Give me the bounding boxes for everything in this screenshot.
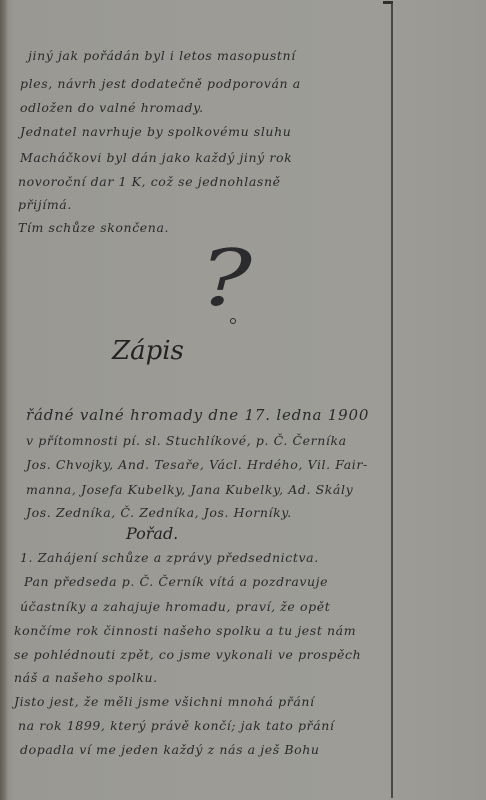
agenda-line: účastníky a zahajuje hromadu, praví, že … — [20, 599, 330, 614]
document-title: Zápis — [112, 336, 184, 366]
separator-dot — [230, 318, 236, 324]
closing-line: Tím schůze skončena. — [18, 220, 169, 235]
agenda-line: náš a našeho spolku. — [14, 670, 158, 685]
header-line: Jos. Chvojky, And. Tesaře, Václ. Hrdého,… — [26, 457, 368, 472]
agenda-line: Pan předseda p. Č. Černík vítá a pozdrav… — [24, 574, 328, 589]
text-line: odložen do valné hromady. — [20, 100, 204, 115]
header-line: Jos. Zedníka, Č. Zedníka, Jos. Horníky. — [26, 505, 292, 520]
agenda-line: dopadla ví me jeden každý z nás a ješ Bo… — [20, 742, 320, 757]
header-line: řádné valné hromady dne 17. ledna 1900 — [26, 406, 369, 424]
agenda-line: končíme rok činnosti našeho spolku a tu … — [14, 623, 356, 638]
agenda-line: 1. Zahájení schůze a zprávy předsednictv… — [20, 550, 319, 565]
binding-shadow — [0, 0, 8, 800]
header-line: manna, Josefa Kubelky, Jana Kubelky, Ad.… — [26, 482, 353, 497]
text-line: Jednatel navrhuje by spolkovému sluhu — [20, 124, 291, 139]
text-line: jiný jak pořádán byl i letos masopustní — [28, 48, 296, 63]
margin-rule — [391, 2, 393, 798]
text-line: novoroční dar 1 K, což se jednohlasně — [18, 174, 281, 189]
text-line: ples, návrh jest dodatečně podporován a — [20, 76, 301, 91]
header-line: v přítomnosti pí. sl. Stuchlíkové, p. Č.… — [26, 433, 347, 448]
agenda-line: na rok 1899, který právě končí; jak tato… — [18, 718, 334, 733]
agenda-title: Pořad. — [126, 524, 178, 543]
section-separator-symbol: ? — [200, 240, 252, 318]
agenda-line: Jisto jest, že měli jsme všichni mnohá p… — [14, 694, 315, 709]
agenda-line: se pohlédnouti zpět, co jsme vykonali ve… — [14, 647, 361, 662]
manuscript-page: jiný jak pořádán byl i letos masopustní … — [0, 0, 486, 800]
text-line: Macháčkovi byl dán jako každý jiný rok — [20, 150, 292, 165]
text-line: přijímá. — [18, 197, 72, 212]
